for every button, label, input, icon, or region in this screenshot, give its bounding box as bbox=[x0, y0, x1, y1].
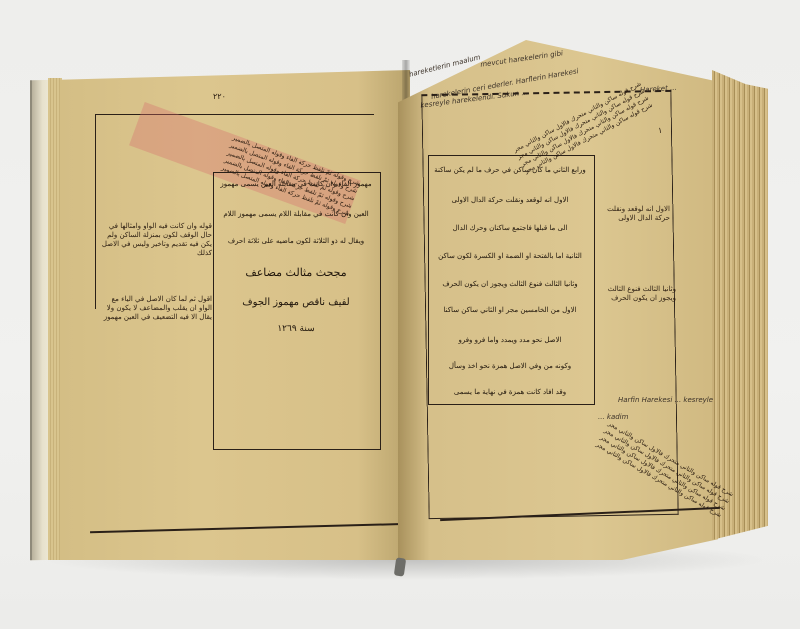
right-center-line-3: الى ما قبلها فاجتمع ساكنان وحرك الدال bbox=[430, 224, 590, 232]
right-side-commentary-1: الاول انه لوقعد ونقلت حركة الدال الاولى bbox=[598, 205, 670, 275]
left-center-subheading: لفيف ناقص مهموز الجوف bbox=[218, 297, 374, 308]
left-page-number: ٢٢٠ bbox=[213, 92, 226, 101]
left-center-heading: مجحث مثالث مضاعف bbox=[218, 266, 374, 279]
right-side-commentary-2: وثانيا الثالث فنوع الثالث ويجوز ان يكون … bbox=[598, 285, 676, 400]
right-page-number: ١ bbox=[658, 126, 662, 135]
left-center-date: سنة ١٢٦٩ bbox=[218, 324, 374, 334]
right-center-line-7: الاصل نحو مدد ويمدد واما فرو وفرو bbox=[430, 336, 590, 344]
left-commentary-1: قوله وان كانت فيه الواو وامثالها في حال … bbox=[100, 222, 212, 292]
left-center-line-2: العين وان كانت في مقابلة اللام يسمى مهمو… bbox=[218, 210, 374, 218]
right-page-stack bbox=[712, 70, 768, 540]
right-center-line-6: الاول من الخامسين مجر او الثاني ساكن ساك… bbox=[430, 306, 590, 314]
left-page-stack bbox=[48, 78, 62, 560]
right-center-line-4: الثانية اما بالفتحة او الضمة او الكسرة ل… bbox=[430, 252, 590, 260]
right-center-line-5: وثانيا الثالث فنوع الثالث ويجوز ان يكون … bbox=[430, 280, 590, 288]
left-center-line-3: ويقال له ذو الثلاثة لكون ماضيه على ثلاثة… bbox=[218, 237, 374, 245]
right-center-line-9: وقد افاد كانت همزة في نهاية ما يسمى bbox=[430, 388, 590, 396]
left-center-line-1: مهموز الفاء وان كانت في مقابلة العين يسم… bbox=[218, 180, 374, 188]
margin-note-right: Harfin Harekesi ... kesreyle bbox=[618, 396, 713, 404]
left-commentary-2: اقول ثم لما كان الاصل في الياء مع الواو … bbox=[100, 295, 212, 380]
right-center-line-8: وكونه من وفي الاصل همزة نحو اخذ وسأل bbox=[430, 362, 590, 370]
